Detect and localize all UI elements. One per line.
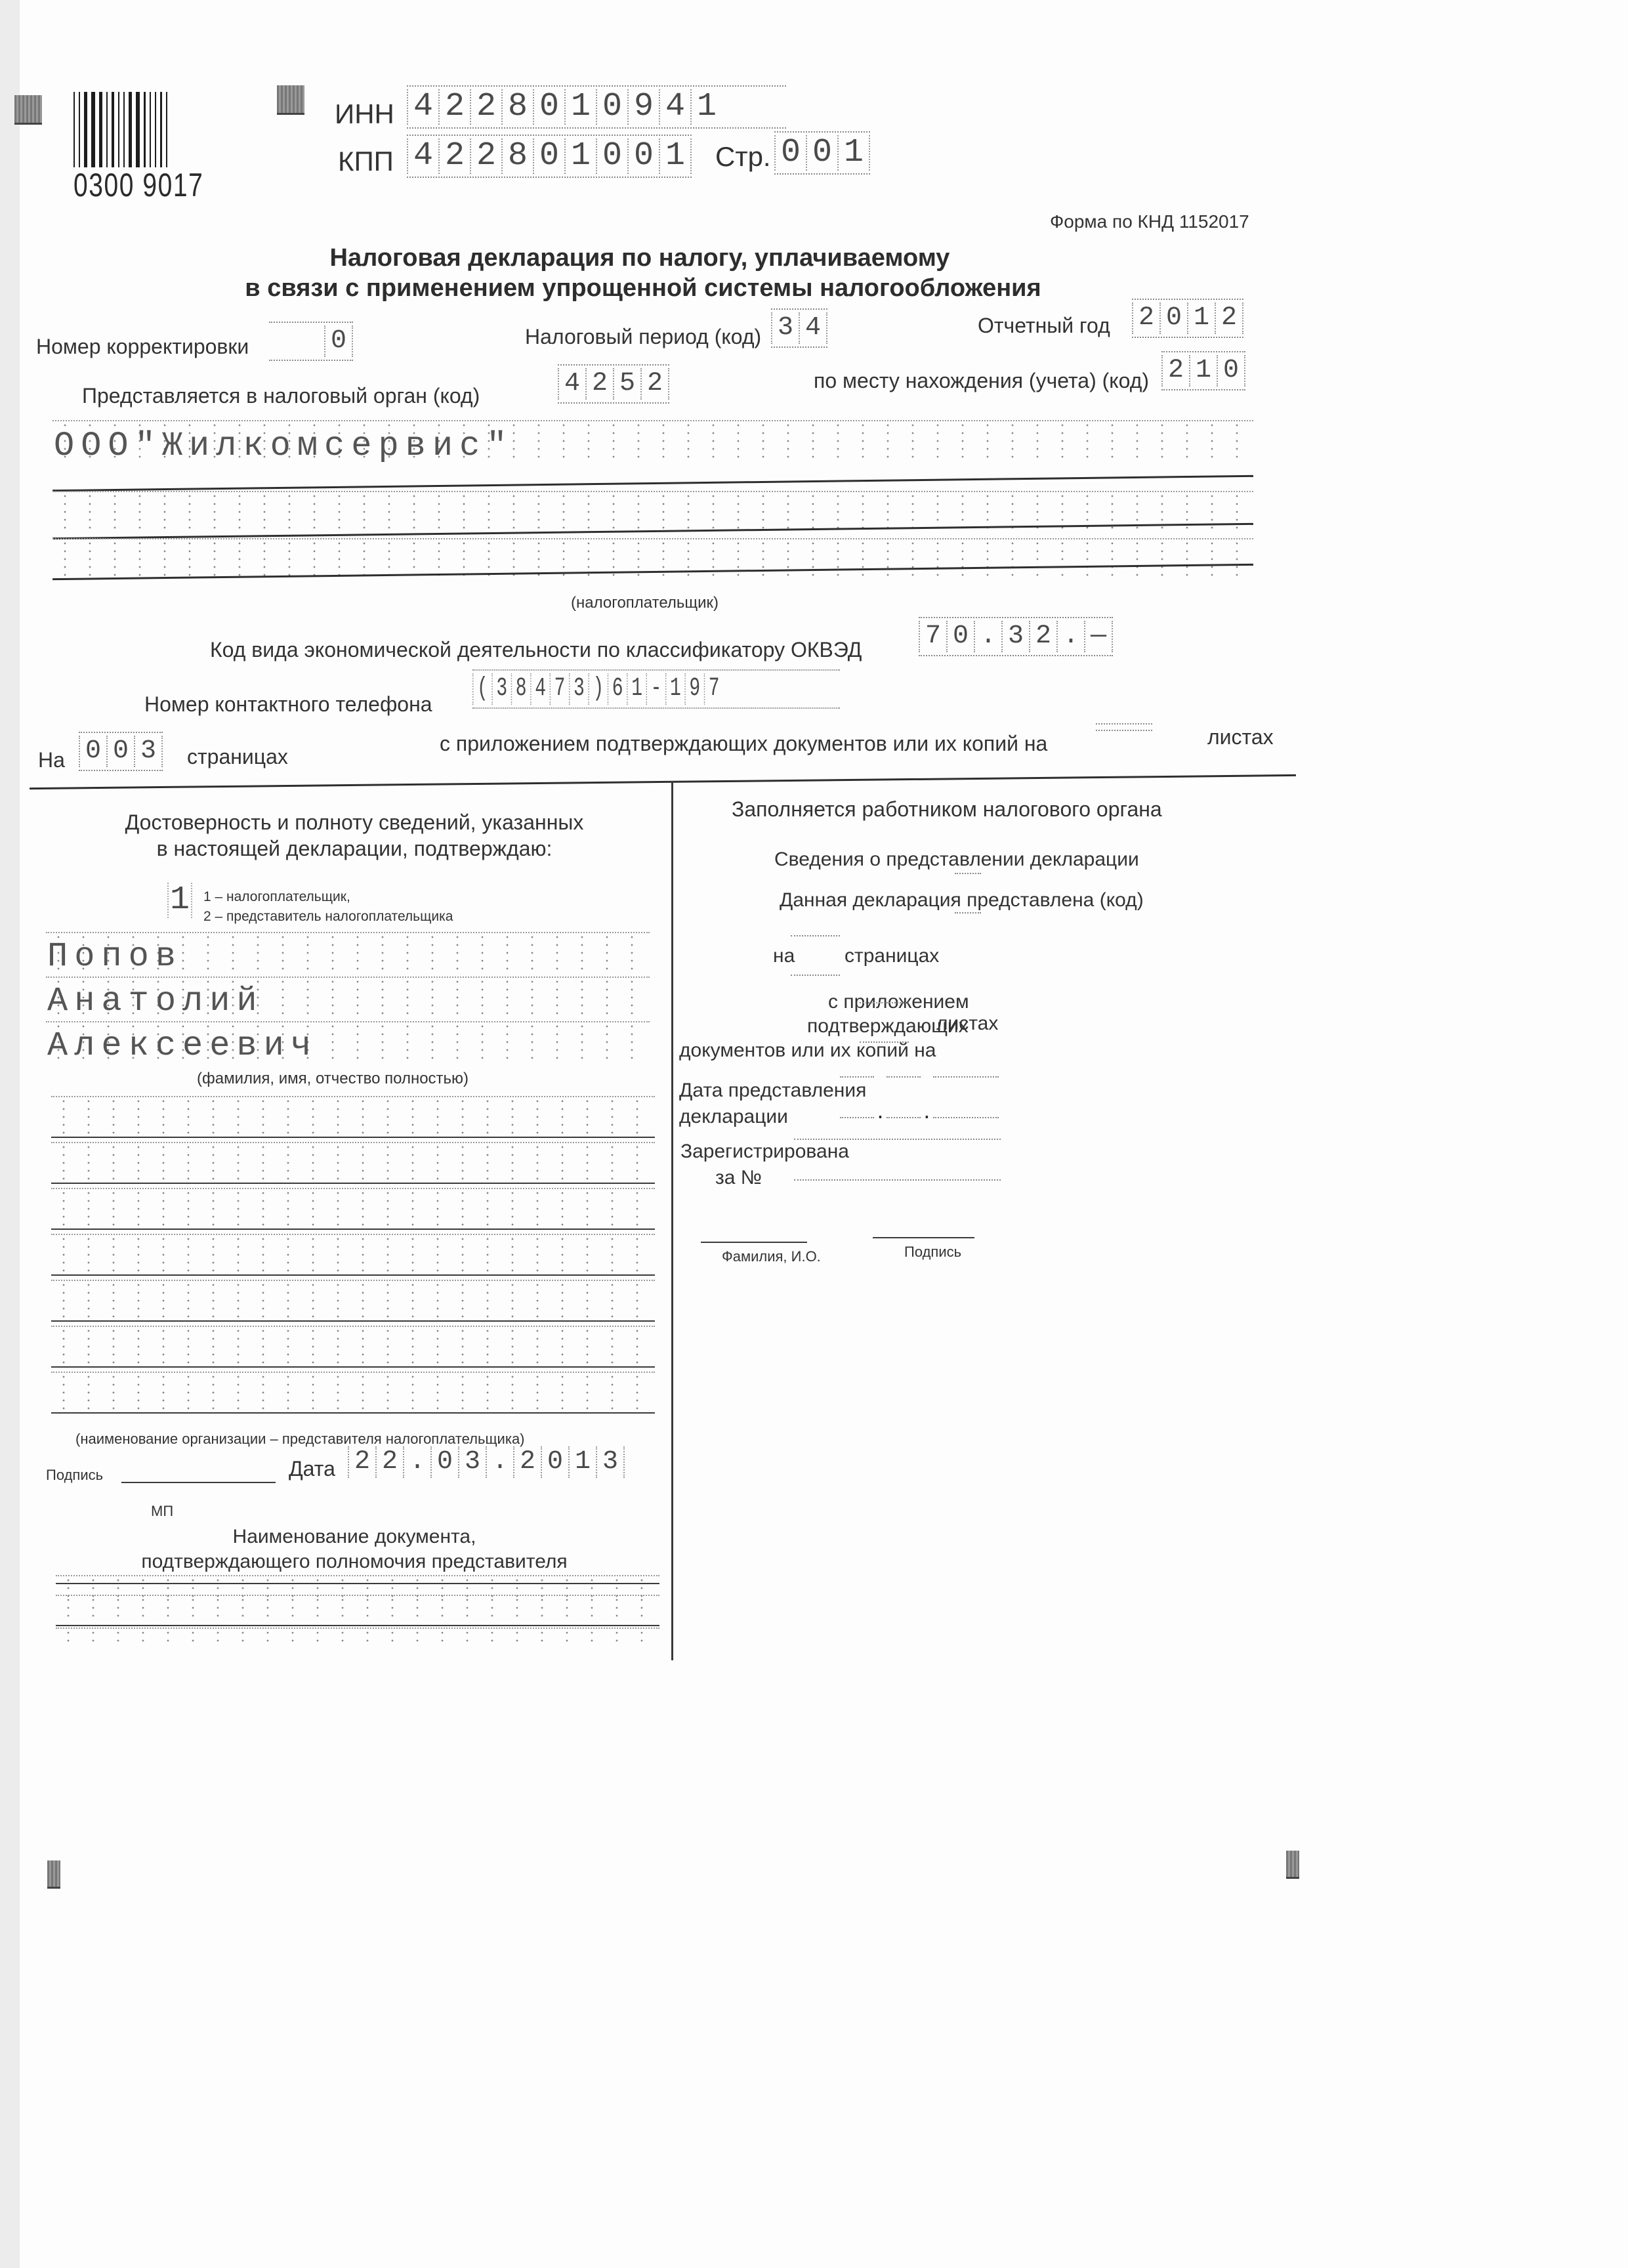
document-title-line2: в связи с применением упрощенной системы… — [184, 273, 1102, 303]
submitted-code-field[interactable] — [955, 873, 981, 917]
office-signature-caption: Подпись — [904, 1244, 961, 1261]
office-date-label-line2: декларации — [679, 1106, 788, 1128]
scan-edge — [0, 0, 20, 2268]
org-name-row[interactable] — [51, 1326, 655, 1365]
char-cell: 0 — [774, 135, 806, 171]
signature-line[interactable] — [121, 1482, 276, 1483]
tax-period-field[interactable]: 34 — [771, 308, 827, 348]
signature-label: Подпись — [46, 1467, 103, 1484]
org-name-row[interactable] — [51, 1096, 655, 1135]
char-cell: 2 — [348, 1446, 375, 1478]
char-cell: 2 — [470, 89, 501, 125]
report-year-label: Отчетный год — [978, 314, 1110, 338]
char-cell: 0 — [806, 135, 837, 171]
document-title-line1: Налоговая декларация по налогу, уплачива… — [197, 243, 1083, 273]
signer-type-option-2: 2 – представитель налогоплательщика — [203, 909, 453, 925]
registration-marker-bottom-right — [1286, 1851, 1299, 1879]
char-cell: ) — [588, 673, 607, 705]
org-name-row[interactable] — [51, 1372, 655, 1411]
char-cell: 4 — [407, 89, 438, 125]
signer-type-option-1: 1 – налогоплательщик, — [203, 889, 350, 905]
char-cell: 0 — [596, 138, 627, 174]
char-cell: — — [1084, 621, 1113, 652]
section-divider — [30, 774, 1296, 789]
char-cell: 2 — [1029, 621, 1056, 652]
tax-office-heading: Заполняется работником налогового органа — [732, 797, 1162, 822]
char-cell: 1 — [564, 89, 596, 125]
char-cell: 3 — [569, 673, 588, 705]
char-cell: . — [403, 1446, 430, 1478]
separator-line — [51, 1228, 655, 1230]
char-cell: 3 — [134, 736, 163, 767]
signature-date-field[interactable]: 22.03.2013 — [348, 1444, 625, 1480]
char-cell: 8 — [511, 673, 530, 705]
char-cell: 0 — [596, 89, 627, 125]
inn-field[interactable]: 4228010941 — [407, 85, 786, 129]
attachments-label: с приложением подтверждающих документов … — [440, 732, 1047, 756]
office-date-field[interactable]: . . — [840, 1076, 999, 1124]
char-cell: 0 — [1217, 355, 1245, 387]
char-cell: 2 — [470, 138, 501, 174]
doc-name-row-2[interactable] — [56, 1595, 659, 1622]
separator-line — [51, 1274, 655, 1276]
office-pages-field[interactable] — [791, 935, 840, 979]
char-cell: 3 — [458, 1446, 486, 1478]
stamp-label: МП — [151, 1503, 173, 1520]
column-divider — [671, 781, 673, 1660]
barcode-bars — [73, 92, 244, 167]
char-cell: 1 — [659, 138, 692, 174]
char-cell: 1 — [1189, 355, 1217, 387]
submission-subheading: Сведения о представлении декларации — [774, 849, 1139, 871]
char-cell: 2 — [375, 1446, 403, 1478]
char-cell: 3 — [596, 1446, 625, 1478]
registration-number-field[interactable] — [794, 1139, 1001, 1184]
taxpayer-name: ООО"Жилкомсервис" — [54, 427, 514, 465]
char-cell: 9 — [684, 673, 703, 705]
office-attach-field[interactable] — [860, 1002, 909, 1046]
doc-name-row-1[interactable] — [56, 1575, 659, 1597]
doc-name-row-3[interactable] — [56, 1627, 659, 1647]
char-cell: 1 — [837, 135, 870, 171]
char-cell: 1 — [1187, 303, 1215, 334]
confirm-heading-line1: Достоверность и полноту сведений, указан… — [52, 810, 656, 835]
char-cell: 8 — [501, 89, 533, 125]
registration-marker-bottom-left — [47, 1860, 60, 1889]
org-name-row[interactable] — [51, 1142, 655, 1181]
char-cell: 7 — [550, 673, 569, 705]
char-cell: 0 — [430, 1446, 458, 1478]
separator-line — [51, 1183, 655, 1184]
pages-suffix: страницах — [187, 745, 288, 769]
kpp-field[interactable]: 422801001 — [407, 135, 692, 178]
separator-line — [52, 475, 1253, 492]
char-cell: 1 — [627, 673, 646, 705]
page-label: Стр. — [715, 141, 771, 173]
char-cell: - — [646, 673, 665, 705]
char-cell: 0 — [627, 138, 659, 174]
char-cell: 5 — [613, 368, 640, 400]
office-attach-suffix: листах — [936, 1013, 998, 1035]
char-cell: 0 — [1159, 303, 1187, 334]
taxpayer-name-row-2[interactable] — [52, 491, 1253, 530]
attachments-count-field[interactable] — [1096, 719, 1152, 731]
char-cell: 0 — [106, 736, 134, 767]
separator-line — [56, 1583, 659, 1584]
doc-heading-line1: Наименование документа, — [52, 1526, 656, 1548]
form-code: Форма по КНД 1152017 — [1050, 211, 1249, 232]
char-cell: 4 — [799, 312, 827, 344]
char-cell: 8 — [501, 138, 533, 174]
tax-authority-label: Представляется в налоговый орган (код) — [82, 384, 480, 408]
char-cell: ( — [472, 673, 491, 705]
pages-count-field[interactable]: 003 — [79, 732, 163, 771]
char-cell: 7 — [704, 673, 723, 705]
office-fio-line[interactable] — [701, 1242, 807, 1243]
char-cell: 2 — [438, 89, 470, 125]
char-cell: 3 — [491, 673, 511, 705]
office-date-label-line1: Дата представления — [679, 1080, 866, 1102]
char-cell: 2 — [640, 368, 669, 400]
signer-type-value: 1 — [167, 883, 192, 918]
tax-authority-field[interactable]: 4252 — [558, 364, 669, 404]
separator-line — [51, 1137, 655, 1138]
inn-label: ИНН — [335, 98, 394, 130]
fio-caption: (фамилия, имя, отчество полностью) — [197, 1070, 469, 1088]
signer-type-field[interactable]: 1 — [167, 883, 192, 918]
office-fio-caption: Фамилия, И.О. — [722, 1248, 821, 1265]
taxpayer-caption: (налогоплательщик) — [571, 594, 719, 612]
char-cell: 4 — [407, 138, 438, 174]
pages-prefix: На — [38, 748, 65, 772]
confirm-heading-line2: в настоящей декларации, подтверждаю: — [52, 837, 656, 861]
registration-marker-top-center — [277, 85, 304, 115]
date-label: Дата — [289, 1457, 335, 1481]
char-cell: . — [974, 621, 1001, 652]
separator-line — [51, 1320, 655, 1322]
first-name: Анатолий — [47, 982, 264, 1020]
org-name-row[interactable] — [51, 1234, 655, 1273]
char-cell: 2 — [438, 138, 470, 174]
tax-period-label: Налоговый период (код) — [525, 325, 761, 349]
attachments-suffix: листах — [1207, 725, 1274, 749]
char-cell: 1 — [690, 89, 722, 125]
kpp-label: КПП — [338, 146, 394, 177]
char-cell: 4 — [659, 89, 690, 125]
org-name-row[interactable] — [51, 1280, 655, 1319]
page-number-field[interactable]: 001 — [774, 131, 870, 175]
office-pages-suffix: страницах — [845, 945, 939, 967]
char-cell: 2 — [585, 368, 613, 400]
okved-label: Код вида экономической деятельности по к… — [210, 638, 862, 662]
char-cell: 0 — [541, 1446, 568, 1478]
registration-marker-top-left — [14, 95, 42, 125]
last-name: Попов — [47, 937, 182, 976]
patronymic: Алексеевич — [47, 1026, 318, 1065]
char-cell: 0 — [324, 325, 353, 357]
char-cell: 0 — [79, 736, 106, 767]
char-cell: 6 — [608, 673, 627, 705]
separator-line — [51, 1412, 655, 1414]
barcode: 0300 9017 — [73, 92, 244, 210]
separator-line — [56, 1625, 659, 1626]
okved-field[interactable]: 70.32.— — [919, 617, 1113, 656]
doc-heading-line2: подтверждающего полномочия представителя — [52, 1551, 656, 1573]
char-cell: 4 — [530, 673, 549, 705]
char-cell: 1 — [568, 1446, 596, 1478]
char-cell: 0 — [533, 89, 564, 125]
char-cell: 2 — [1161, 355, 1189, 387]
separator-line — [51, 1366, 655, 1368]
char-cell: 2 — [1132, 303, 1159, 334]
office-signature-line[interactable] — [873, 1237, 974, 1238]
barcode-number: 0300 9017 — [73, 169, 207, 201]
phone-label: Номер контактного телефона — [144, 692, 432, 717]
char-cell: 4 — [558, 368, 585, 400]
location-label: по месту нахождения (учета) (код) — [814, 369, 1149, 393]
char-cell: 2 — [1215, 303, 1243, 334]
char-cell: 2 — [513, 1446, 541, 1478]
correction-number-field[interactable]: 0 — [269, 322, 353, 361]
char-cell: 0 — [946, 621, 974, 652]
org-name-row[interactable] — [51, 1188, 655, 1227]
char-cell: 1 — [665, 673, 684, 705]
report-year-field[interactable]: 2012 — [1132, 299, 1243, 338]
char-cell: 9 — [627, 89, 659, 125]
char-cell: . — [1056, 621, 1084, 652]
correction-label: Номер корректировки — [36, 335, 249, 359]
location-code-field[interactable]: 210 — [1161, 351, 1245, 390]
char-cell: 1 — [564, 138, 596, 174]
char-cell: 3 — [771, 312, 799, 344]
registration-label-line2: за № — [715, 1167, 762, 1189]
char-cell: 0 — [533, 138, 564, 174]
phone-field[interactable]: (38473)61-197 — [472, 669, 997, 709]
char-cell: 7 — [919, 621, 946, 652]
char-cell: . — [486, 1446, 513, 1478]
char-cell: 3 — [1001, 621, 1029, 652]
